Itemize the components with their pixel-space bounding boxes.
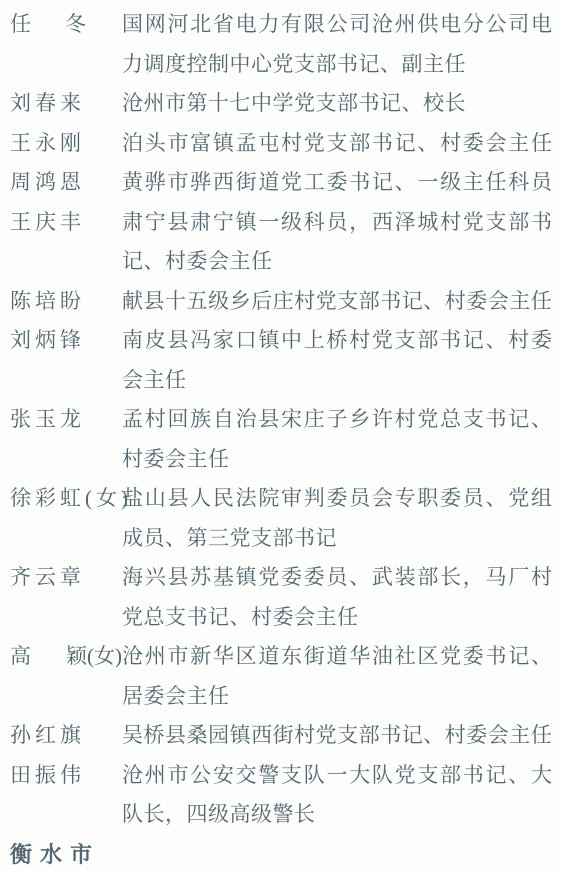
position-line: 沧州市新华区道东街道华油社区党委书记、 [122, 637, 552, 677]
person-name: 王庆丰 [10, 203, 85, 243]
position-line: 海兴县苏基镇党委委员、武装部长，马厂村 [122, 558, 552, 598]
position-description: 盐山县人民法院审判委员会专职委员、党组成员、第三党支部书记 [122, 479, 552, 558]
position-line: 沧州市公安交警支队一大队党支部书记、大 [122, 756, 552, 796]
person-name: 田振伟 [10, 756, 85, 796]
person-name: 刘春来 [10, 84, 85, 124]
roster-entry-row: 高颖(女) 沧州市新华区道东街道华油社区党委书记、居委会主任 [0, 637, 562, 716]
position-line: 会主任 [122, 361, 552, 401]
position-line: 成员、第三党支部书记 [122, 519, 552, 559]
position-line: 盐山县人民法院审判委员会专职委员、党组 [122, 479, 552, 519]
section-heading-city: 衡水市 [10, 835, 562, 869]
position-description: 孟村回族自治县宋庄子乡许村党总支书记、村委会主任 [122, 400, 552, 479]
position-line: 黄骅市骅西街道党工委书记、一级主任科员 [122, 163, 552, 203]
position-line: 队长，四级高级警长 [122, 795, 552, 835]
position-description: 沧州市公安交警支队一大队党支部书记、大队长，四级高级警长 [122, 756, 552, 835]
name-part: 任 [10, 5, 31, 45]
position-line: 献县十五级乡后庄村党支部书记、村委会主任 [122, 282, 552, 322]
name-part: 冬 [65, 5, 86, 45]
roster-entry-row: 徐彩虹(女) 盐山县人民法院审判委员会专职委员、党组成员、第三党支部书记 [0, 479, 562, 558]
person-name: 陈培盼 [10, 282, 85, 322]
person-name: 高颖(女) [10, 637, 122, 677]
person-name: 周鸿恩 [10, 163, 85, 203]
position-line: 沧州市第十七中学党支部书记、校长 [122, 84, 552, 124]
roster-entry-row: 刘春来 沧州市第十七中学党支部书记、校长 [0, 84, 562, 124]
position-description: 沧州市第十七中学党支部书记、校长 [122, 84, 552, 124]
person-name: 孙红旗 [10, 716, 85, 756]
roster-entry-row: 陈培盼 献县十五级乡后庄村党支部书记、村委会主任 [0, 282, 562, 322]
person-name: 张玉龙 [10, 400, 85, 440]
position-description: 黄骅市骅西街道党工委书记、一级主任科员 [122, 163, 552, 203]
person-name: 刘炳锋 [10, 321, 85, 361]
name-part: 高 [10, 637, 31, 677]
person-name: 徐彩虹(女) [10, 479, 132, 519]
roster-entry-row: 田振伟 沧州市公安交警支队一大队党支部书记、大队长，四级高级警长 [0, 756, 562, 835]
position-description: 国网河北省电力有限公司沧州供电分公司电力调度控制中心党支部书记、副主任 [122, 5, 552, 84]
roster-entry-row: 王永刚 泊头市富镇孟屯村党支部书记、村委会主任 [0, 124, 562, 164]
roster-entry-row: 周鸿恩 黄骅市骅西街道党工委书记、一级主任科员 [0, 163, 562, 203]
name-part: 颖(女) [66, 637, 122, 677]
roster-list: 任冬 国网河北省电力有限公司沧州供电分公司电力调度控制中心党支部书记、副主任 刘… [0, 5, 562, 835]
person-name: 王永刚 [10, 124, 85, 164]
position-description: 泊头市富镇孟屯村党支部书记、村委会主任 [122, 124, 552, 164]
roster-entry-row: 任冬 国网河北省电力有限公司沧州供电分公司电力调度控制中心党支部书记、副主任 [0, 5, 562, 84]
position-line: 泊头市富镇孟屯村党支部书记、村委会主任 [122, 124, 552, 164]
person-name: 任冬 [10, 5, 86, 45]
position-line: 肃宁县肃宁镇一级科员，西泽城村党支部书 [122, 203, 552, 243]
position-description: 吴桥县桑园镇西街村党支部书记、村委会主任 [122, 716, 552, 756]
position-line: 居委会主任 [122, 677, 552, 717]
document-page: 任冬 国网河北省电力有限公司沧州供电分公司电力调度控制中心党支部书记、副主任 刘… [0, 0, 562, 869]
position-line: 党总支书记、村委会主任 [122, 598, 552, 638]
roster-entry-row: 刘炳锋 南皮县冯家口镇中上桥村党支部书记、村委会主任 [0, 321, 562, 400]
position-line: 吴桥县桑园镇西街村党支部书记、村委会主任 [122, 716, 552, 756]
position-line: 孟村回族自治县宋庄子乡许村党总支书记、 [122, 400, 552, 440]
position-description: 肃宁县肃宁镇一级科员，西泽城村党支部书记、村委会主任 [122, 203, 552, 282]
position-description: 献县十五级乡后庄村党支部书记、村委会主任 [122, 282, 552, 322]
roster-entry-row: 孙红旗 吴桥县桑园镇西街村党支部书记、村委会主任 [0, 716, 562, 756]
person-name: 齐云章 [10, 558, 85, 598]
position-line: 力调度控制中心党支部书记、副主任 [122, 45, 552, 85]
position-description: 沧州市新华区道东街道华油社区党委书记、居委会主任 [122, 637, 552, 716]
position-line: 村委会主任 [122, 440, 552, 480]
position-line: 国网河北省电力有限公司沧州供电分公司电 [122, 5, 552, 45]
position-line: 南皮县冯家口镇中上桥村党支部书记、村委 [122, 321, 552, 361]
position-description: 南皮县冯家口镇中上桥村党支部书记、村委会主任 [122, 321, 552, 400]
position-description: 海兴县苏基镇党委委员、武装部长，马厂村党总支书记、村委会主任 [122, 558, 552, 637]
roster-entry-row: 王庆丰 肃宁县肃宁镇一级科员，西泽城村党支部书记、村委会主任 [0, 203, 562, 282]
roster-entry-row: 张玉龙 孟村回族自治县宋庄子乡许村党总支书记、村委会主任 [0, 400, 562, 479]
roster-entry-row: 齐云章 海兴县苏基镇党委委员、武装部长，马厂村党总支书记、村委会主任 [0, 558, 562, 637]
position-line: 记、村委会主任 [122, 242, 552, 282]
